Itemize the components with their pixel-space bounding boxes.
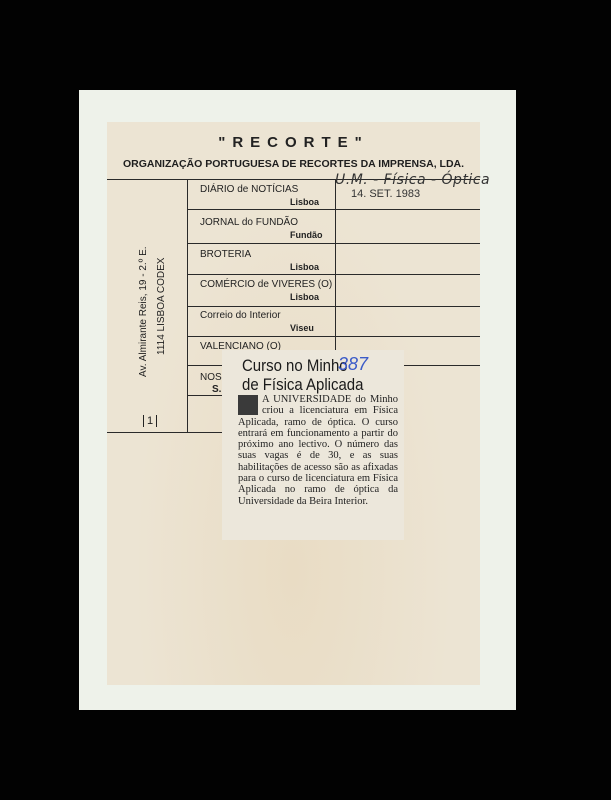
row-divider <box>187 395 227 396</box>
form-title: "RECORTE" <box>107 134 480 151</box>
publication-entry: Correio do Interior Viseu <box>200 310 281 321</box>
publication-entry: DIÁRIO de NOTÍCIAS Lisboa <box>200 184 298 195</box>
drop-cap-block <box>238 395 258 415</box>
date-stamp: 14. SET. 1983 <box>351 188 420 200</box>
row-divider <box>187 274 480 275</box>
headline-line-2: de Física Aplicada <box>242 375 363 394</box>
publication-name: BROTERIA <box>200 249 251 260</box>
publication-name: DIÁRIO de NOTÍCIAS <box>200 184 298 195</box>
row-divider <box>187 243 480 244</box>
publication-city: Lisboa <box>290 292 319 302</box>
row-divider <box>187 209 480 210</box>
row-divider <box>187 336 480 337</box>
publication-city: Fundão <box>290 230 323 240</box>
publication-name: Correio do Interior <box>200 310 281 321</box>
article-text: A UNIVERSIDADE do Minho criou a licencia… <box>238 394 398 507</box>
row-divider <box>187 306 480 307</box>
handwritten-number: 387 <box>338 354 368 375</box>
address-line-2: 1114 LISBOA CODEX <box>153 246 171 377</box>
publication-city: Viseu <box>290 323 314 333</box>
organization-name: ORGANIZAÇÃO PORTUGUESA DE RECORTES DA IM… <box>107 158 480 170</box>
publication-city: Lisboa <box>290 262 319 272</box>
newspaper-cutting: Curso no Minho de Física Aplicada 387 A … <box>222 350 404 540</box>
publication-entry: COMÉRCIO de VIVERES (O) Lisboa <box>200 279 332 290</box>
address-line-1: Av. Almirante Reis, 19 - 2.º E. <box>135 246 153 377</box>
article-body: A UNIVERSIDADE do Minho criou a licencia… <box>238 394 398 507</box>
publication-name: JORNAL do FUNDÃO <box>200 217 298 228</box>
address-block: Av. Almirante Reis, 19 - 2.º E. 1114 LIS… <box>135 246 171 377</box>
publication-city: Lisboa <box>290 197 319 207</box>
page-number: 1 <box>143 415 157 427</box>
publication-name: COMÉRCIO de VIVERES (O) <box>200 279 332 290</box>
handwritten-annotation: U.M. - Física - Óptica <box>335 172 490 188</box>
publication-entry: BROTERIA Lisboa <box>200 249 251 260</box>
publication-entry: JORNAL do FUNDÃO Fundão <box>200 217 298 228</box>
